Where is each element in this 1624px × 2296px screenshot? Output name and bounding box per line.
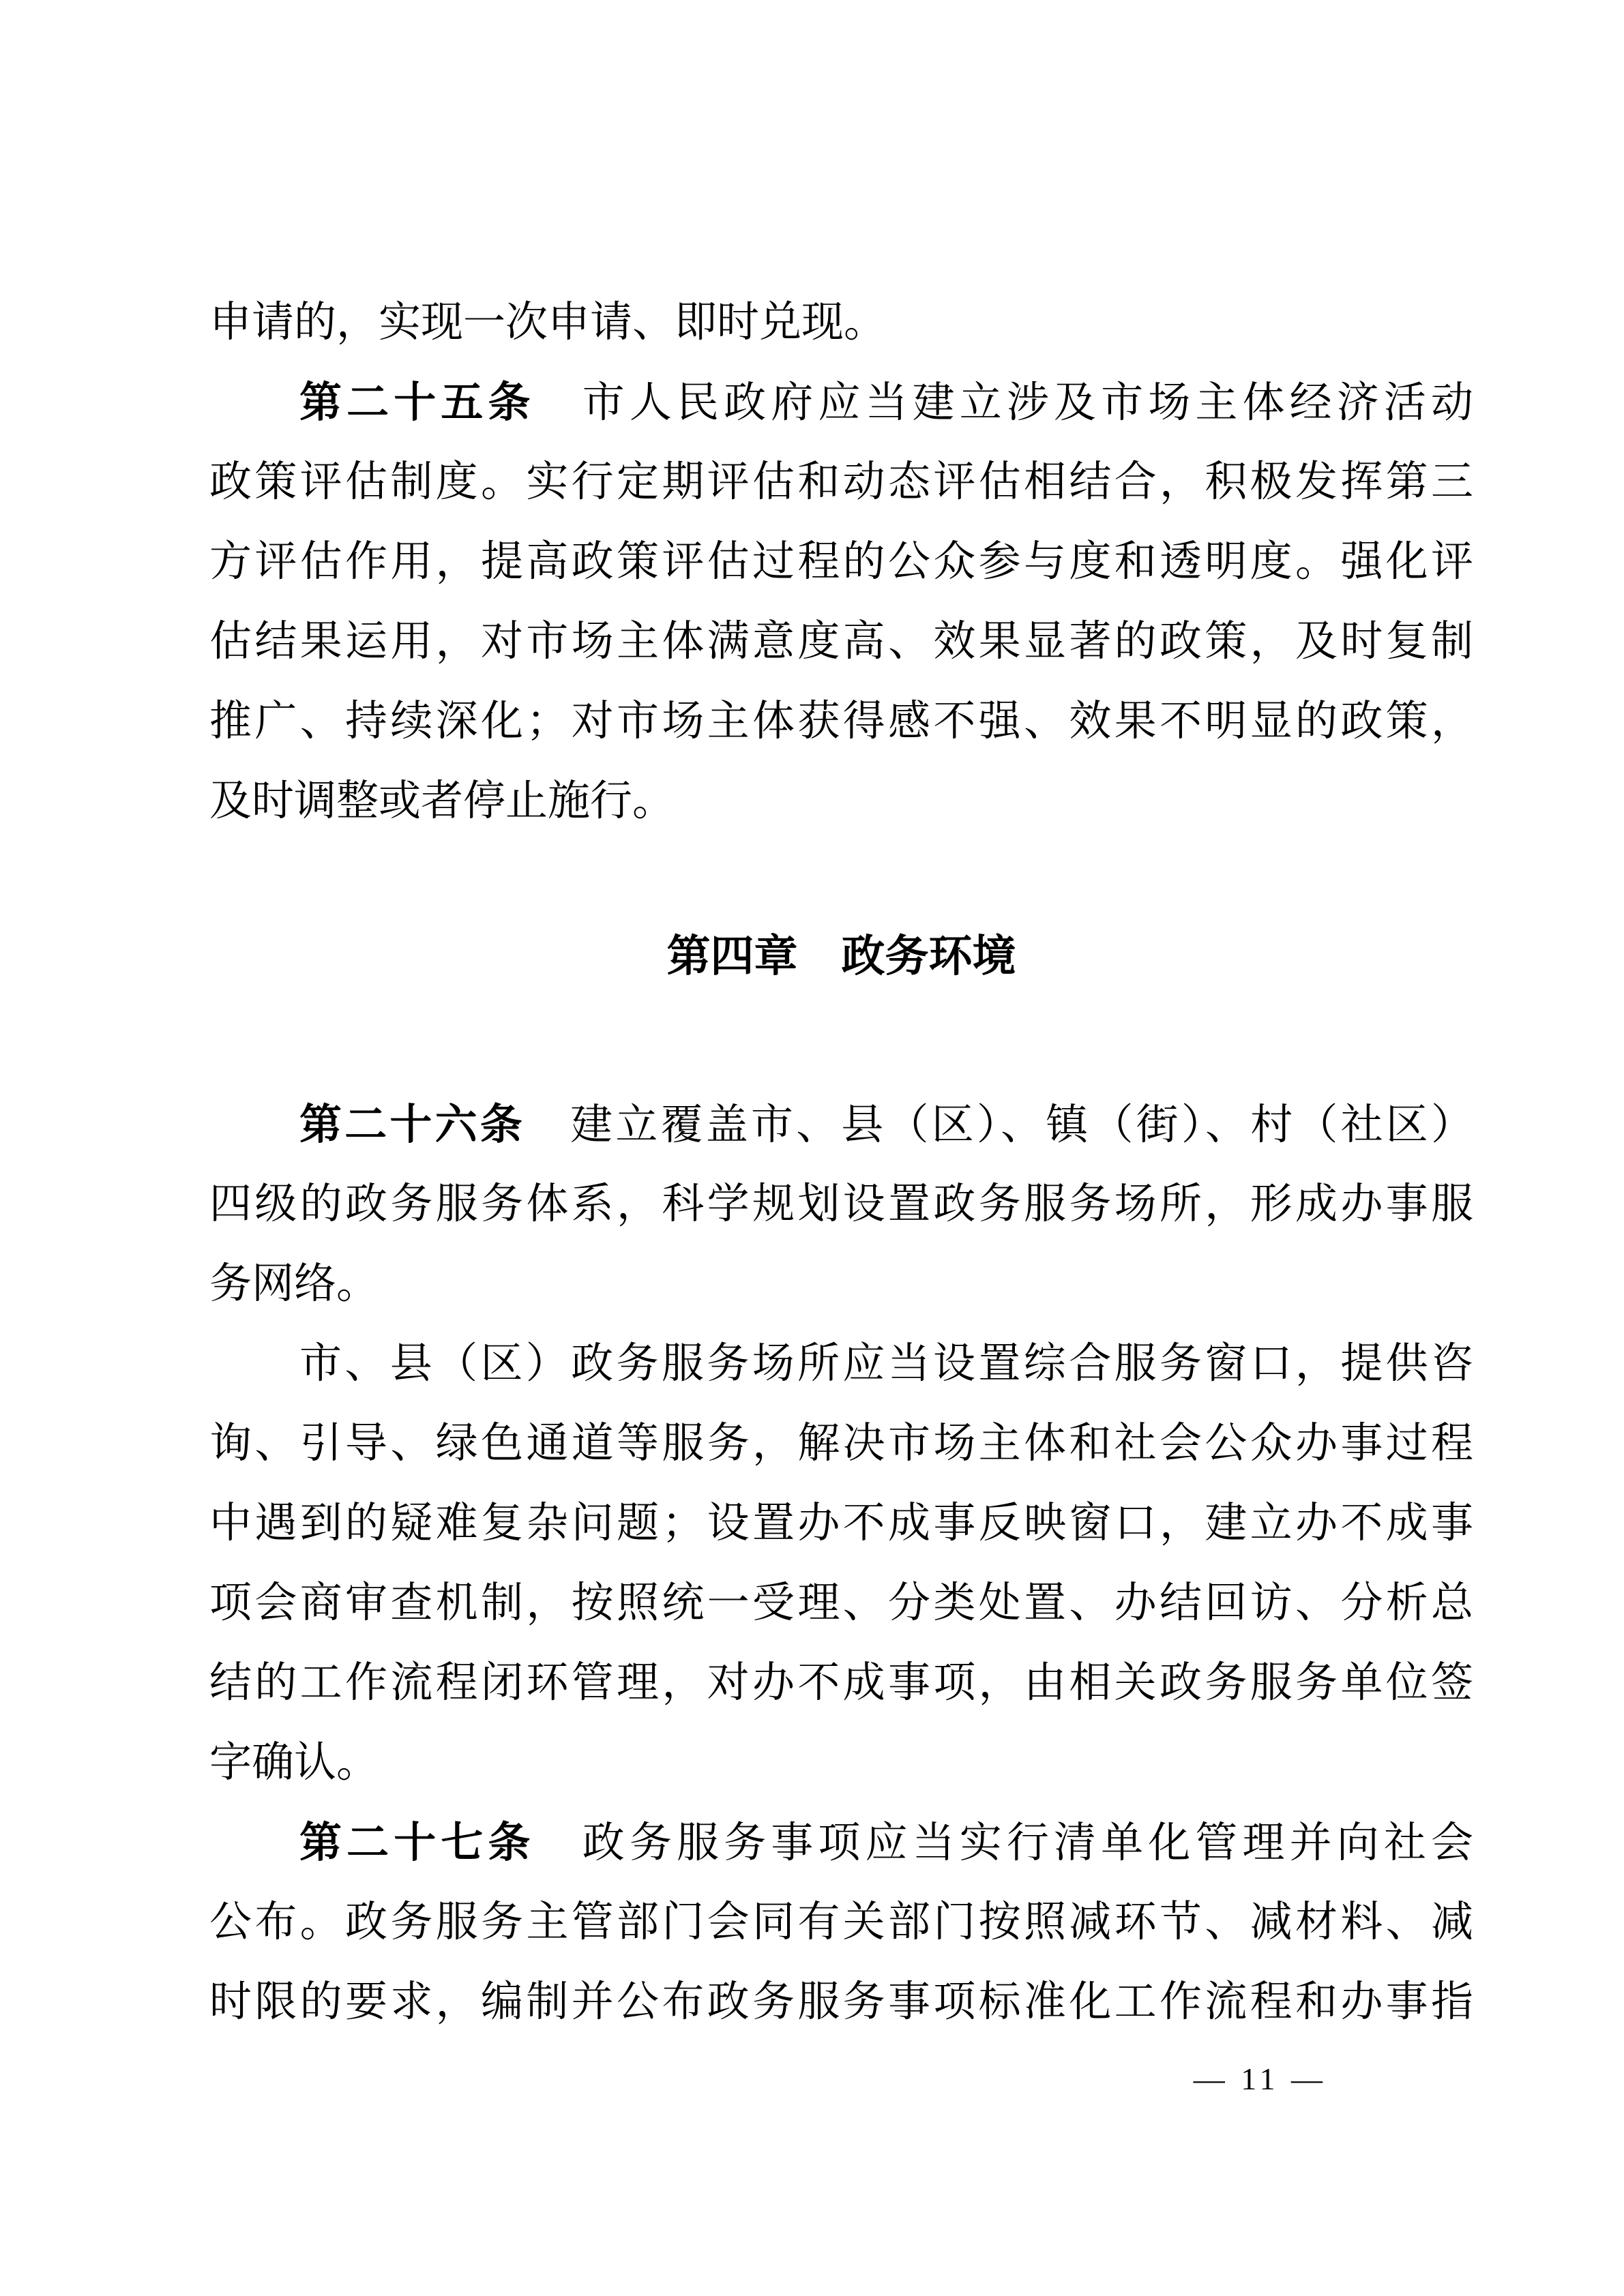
text-line: 申请的，实现一次申请、即时兑现。 <box>209 283 1473 363</box>
chapter-heading: 第四章 政务环境 <box>209 916 1473 996</box>
text-line: 结的工作流程闭环管理，对办不成事项，由相关政务服务单位签 <box>209 1643 1473 1723</box>
text-line: 项会商审查机制，按照统一受理、分类处置、办结回访、分析总 <box>209 1564 1473 1643</box>
article-first-line-text: 市人民政府应当建立涉及市场主体经济活动 <box>535 380 1473 426</box>
text-line: 询、引导、绿色通道等服务，解决市场主体和社会公众办事过程 <box>209 1404 1473 1484</box>
text-line: 推广、持续深化；对市场主体获得感不强、效果不明显的政策， <box>209 682 1473 762</box>
document-body: 申请的，实现一次申请、即时兑现。 第二十五条 市人民政府应当建立涉及市场主体经济… <box>209 283 1473 2042</box>
text-line: 公布。政务服务主管部门会同有关部门按照减环节、减材料、减 <box>209 1883 1473 1963</box>
text-line: 时限的要求，编制并公布政务服务事项标准化工作流程和办事指 <box>209 1963 1473 2042</box>
article-first-line-text: 政务服务事项应当实行清单化管理并向社会 <box>535 1820 1473 1866</box>
text-line: 四级的政务服务体系，科学规划设置政务服务场所，形成办事服 <box>209 1165 1473 1244</box>
text-line: 市、县（区）政务服务场所应当设置综合服务窗口，提供咨 <box>209 1324 1473 1404</box>
text-line: 字确认。 <box>209 1723 1473 1803</box>
article-number: 第二十七条 <box>299 1819 535 1866</box>
text-line: 中遇到的疑难复杂问题；设置办不成事反映窗口，建立办不成事 <box>209 1484 1473 1564</box>
article-number: 第二十六条 <box>299 1101 525 1148</box>
text-line: 方评估作用，提高政策评估过程的公众参与度和透明度。强化评 <box>209 522 1473 602</box>
article-first-line-text: 建立覆盖市、县（区）、镇（街）、村（社区） <box>525 1102 1473 1148</box>
text-line: 估结果运用，对市场主体满意度高、效果显著的政策，及时复制 <box>209 602 1473 682</box>
text-line: 务网络。 <box>209 1244 1473 1324</box>
text-line: 政策评估制度。实行定期评估和动态评估相结合，积极发挥第三 <box>209 443 1473 522</box>
page-number: — 11 — <box>1194 2061 1327 2097</box>
article-number: 第二十五条 <box>299 379 535 426</box>
text-line-article-25: 第二十五条 市人民政府应当建立涉及市场主体经济活动 <box>209 363 1473 443</box>
text-line: 及时调整或者停止施行。 <box>209 762 1473 841</box>
text-line-article-26: 第二十六条 建立覆盖市、县（区）、镇（街）、村（社区） <box>209 1085 1473 1165</box>
document-page: 申请的，实现一次申请、即时兑现。 第二十五条 市人民政府应当建立涉及市场主体经济… <box>0 0 1624 2296</box>
text-line-article-27: 第二十七条 政务服务事项应当实行清单化管理并向社会 <box>209 1803 1473 1883</box>
